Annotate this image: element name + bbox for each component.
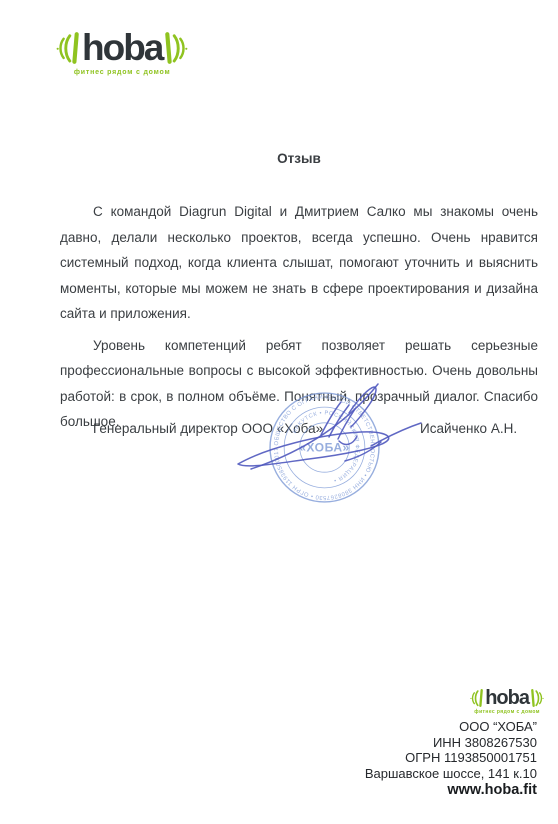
footer-address: Варшавское шоссе, 141 к.10 bbox=[365, 766, 537, 782]
header-logo-row: hoba bbox=[56, 28, 188, 68]
handwritten-signature bbox=[221, 378, 423, 484]
footer-company: ООО “ХОБА” bbox=[459, 719, 537, 735]
footer-inn: ИНН 3808267530 bbox=[433, 735, 537, 751]
letter-title: Отзыв bbox=[60, 150, 538, 167]
signature-lasso-stroke bbox=[238, 432, 389, 466]
paragraph-1: С командой Diagrun Digital и Дмитрием Са… bbox=[60, 199, 538, 327]
signer-name: Исайченко А.Н. bbox=[420, 421, 517, 436]
footer-logo: hoba фитнес рядом с домом bbox=[470, 687, 544, 715]
barbell-left-icon bbox=[56, 30, 79, 66]
logo-wordmark: hoba bbox=[79, 28, 165, 68]
barbell-left-icon bbox=[470, 688, 483, 708]
footer-website: www.hoba.fit bbox=[447, 782, 537, 799]
footer-logo-row: hoba bbox=[470, 687, 544, 709]
footer: hoba фитнес рядом с домом ООО “ХОБА” ИНН… bbox=[365, 687, 537, 799]
signature-tail-stroke bbox=[371, 423, 421, 446]
barbell-right-icon bbox=[165, 30, 188, 66]
signature-loop-stroke bbox=[349, 387, 376, 427]
logo-tagline: фитнес рядом с домом bbox=[74, 69, 171, 76]
header-logo: hoba фитнес рядом с домом bbox=[56, 28, 188, 76]
logo-tagline: фитнес рядом с домом bbox=[474, 709, 540, 715]
scanned-letter-page: hoba фитнес рядом с домом Отзыв С команд… bbox=[0, 0, 558, 824]
footer-ogrn: ОГРН 1193850001751 bbox=[405, 750, 537, 766]
logo-wordmark: hoba bbox=[483, 687, 531, 709]
barbell-right-icon bbox=[531, 688, 544, 708]
